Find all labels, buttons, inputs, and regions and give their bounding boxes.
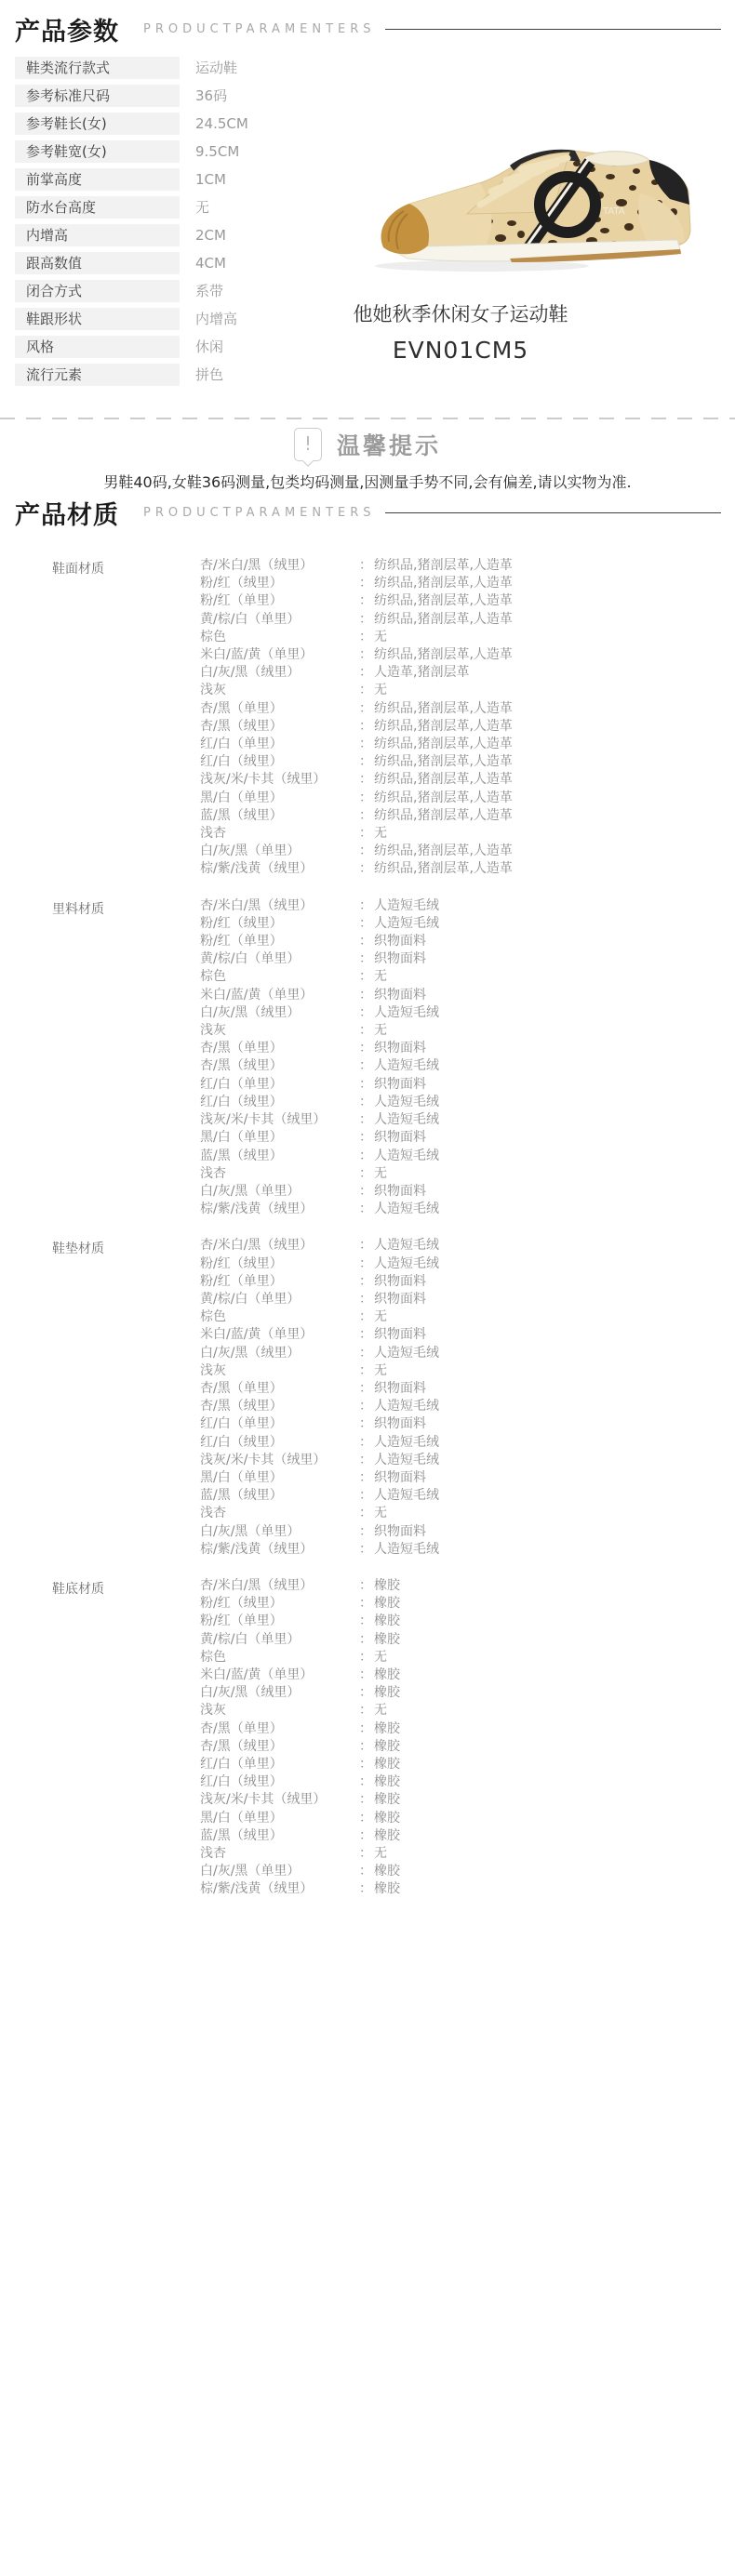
material-value: 织物面料 bbox=[374, 987, 426, 1004]
material-row: 红/白（单里） ： 织物面料 bbox=[200, 1076, 722, 1094]
param-value: 24.5CM bbox=[195, 113, 248, 135]
material-row: 棕/紫/浅黄（绒里） ： 人造短毛绒 bbox=[200, 1541, 722, 1559]
material-row: 白/灰/黑（绒里） ： 橡胶 bbox=[200, 1684, 722, 1702]
material-colon: ： bbox=[359, 950, 372, 968]
material-colon: ： bbox=[359, 1434, 372, 1452]
material-colon: ： bbox=[359, 1845, 372, 1863]
material-value: 织物面料 bbox=[374, 1523, 426, 1541]
material-row: 棕色 ： 无 bbox=[200, 1649, 722, 1666]
material-color-name: 浅杏 bbox=[200, 1165, 359, 1183]
material-value: 橡胶 bbox=[374, 1738, 400, 1756]
material-row: 棕色 ： 无 bbox=[200, 629, 722, 646]
material-row: 棕/紫/浅黄（绒里） ： 纺织品,猪剖层革,人造革 bbox=[200, 860, 722, 878]
material-row: 粉/红（单里） ： 纺织品,猪剖层革,人造革 bbox=[200, 592, 722, 610]
material-value: 纺织品,猪剖层革,人造革 bbox=[374, 753, 513, 771]
material-row: 黑/白（单里） ： 织物面料 bbox=[200, 1129, 722, 1147]
param-row: 内增高 2CM bbox=[15, 224, 359, 246]
material-row: 白/灰/黑（单里） ： 织物面料 bbox=[200, 1523, 722, 1541]
material-color-name: 黑/白（单里） bbox=[200, 1810, 359, 1827]
material-colon: ： bbox=[359, 1452, 372, 1469]
material-value: 纺织品,猪剖层革,人造革 bbox=[374, 700, 513, 718]
material-row: 白/灰/黑（绒里） ： 人造革,猪剖层革 bbox=[200, 664, 722, 682]
param-label: 闭合方式 bbox=[15, 280, 180, 302]
material-row: 米白/蓝/黄（单里） ： 织物面料 bbox=[200, 1326, 722, 1344]
material-color-name: 浅杏 bbox=[200, 825, 359, 843]
material-row: 黄/棕/白（单里） ： 织物面料 bbox=[200, 950, 722, 968]
material-colon: ： bbox=[359, 897, 372, 915]
material-color-name: 杏/黑（绒里） bbox=[200, 1057, 359, 1075]
brand-mark-text: TATA bbox=[602, 206, 625, 217]
material-row: 浅灰/米/卡其（绒里） ： 纺织品,猪剖层革,人造革 bbox=[200, 771, 722, 789]
tips-text: 男鞋40码,女鞋36码测量,包类均码测量,因测量手势不同,会有偏差,请以实物为准… bbox=[0, 471, 735, 492]
material-color-name: 蓝/黑（绒里） bbox=[200, 1827, 359, 1845]
material-color-name: 黑/白（单里） bbox=[200, 1469, 359, 1487]
material-colon: ： bbox=[359, 1326, 372, 1344]
material-colon: ： bbox=[359, 825, 372, 843]
material-value: 橡胶 bbox=[374, 1880, 400, 1898]
material-colon: ： bbox=[359, 987, 372, 1004]
material-colon: ： bbox=[359, 1631, 372, 1649]
material-value: 纺织品,猪剖层革,人造革 bbox=[374, 736, 513, 753]
material-value: 人造短毛绒 bbox=[374, 1255, 439, 1273]
material-color-name: 白/灰/黑（绒里） bbox=[200, 1684, 359, 1702]
material-group-label: 鞋底材质 bbox=[52, 1579, 104, 1598]
tips-header: ! 温馨提示 bbox=[0, 428, 735, 461]
material-value: 人造短毛绒 bbox=[374, 1434, 439, 1452]
material-colon: ： bbox=[359, 700, 372, 718]
param-value: 运动鞋 bbox=[195, 57, 237, 79]
material-colon: ： bbox=[359, 1057, 372, 1075]
material-color-name: 棕色 bbox=[200, 968, 359, 986]
material-color-name: 棕色 bbox=[200, 629, 359, 646]
material-color-name: 浅灰/米/卡其（绒里） bbox=[200, 1111, 359, 1129]
material-row: 黑/白（单里） ： 织物面料 bbox=[200, 1469, 722, 1487]
material-row: 粉/红（单里） ： 橡胶 bbox=[200, 1613, 722, 1630]
material-color-name: 浅杏 bbox=[200, 1505, 359, 1522]
material-colon: ： bbox=[359, 1577, 372, 1595]
param-row: 前掌高度 1CM bbox=[15, 168, 359, 191]
material-group-insole: 鞋垫材质 杏/米白/黑（绒里） ： 人造短毛绒 粉/红（绒里） ： 人造短毛绒 bbox=[52, 1237, 722, 1559]
material-colon: ： bbox=[359, 1487, 372, 1505]
param-value: 1CM bbox=[195, 168, 226, 191]
material-row: 黄/棕/白（单里） ： 织物面料 bbox=[200, 1291, 722, 1308]
material-color-name: 杏/米白/黑（绒里） bbox=[200, 1577, 359, 1595]
material-color-name: 蓝/黑（绒里） bbox=[200, 1148, 359, 1165]
material-value: 橡胶 bbox=[374, 1827, 400, 1845]
material-color-name: 米白/蓝/黄（单里） bbox=[200, 1326, 359, 1344]
material-value: 纺织品,猪剖层革,人造革 bbox=[374, 790, 513, 807]
material-row: 杏/黑（绒里） ： 橡胶 bbox=[200, 1738, 722, 1756]
material-color-name: 粉/红（单里） bbox=[200, 1273, 359, 1291]
material-row: 浅灰/米/卡其（绒里） ： 橡胶 bbox=[200, 1791, 722, 1809]
material-colon: ： bbox=[359, 592, 372, 610]
material-colon: ： bbox=[359, 807, 372, 825]
material-colon: ： bbox=[359, 1756, 372, 1773]
material-colon: ： bbox=[359, 664, 372, 682]
materials-list: 鞋面材质 杏/米白/黑（绒里） ： 纺织品,猪剖层革,人造革 粉/红（绒里） ：… bbox=[52, 557, 722, 1918]
product-image-sneaker: TATA bbox=[370, 73, 716, 277]
material-row: 粉/红（绒里） ： 人造短毛绒 bbox=[200, 1255, 722, 1273]
material-colon: ： bbox=[359, 1398, 372, 1415]
material-value: 橡胶 bbox=[374, 1791, 400, 1809]
material-colon: ： bbox=[359, 1291, 372, 1308]
material-color-name: 红/白（绒里） bbox=[200, 753, 359, 771]
exclamation-glyph: ! bbox=[304, 432, 312, 455]
material-row: 浅灰 ： 无 bbox=[200, 682, 722, 699]
material-row: 米白/蓝/黄（单里） ： 织物面料 bbox=[200, 987, 722, 1004]
material-colon: ： bbox=[359, 1523, 372, 1541]
material-row: 黑/白（单里） ： 橡胶 bbox=[200, 1810, 722, 1827]
material-row: 棕/紫/浅黄（绒里） ： 人造短毛绒 bbox=[200, 1201, 722, 1218]
material-value: 无 bbox=[374, 682, 387, 699]
material-color-name: 白/灰/黑（单里） bbox=[200, 843, 359, 860]
material-value: 人造短毛绒 bbox=[374, 1111, 439, 1129]
material-value: 纺织品,猪剖层革,人造革 bbox=[374, 646, 513, 664]
param-label: 参考鞋宽(女) bbox=[15, 140, 180, 163]
material-row: 白/灰/黑（单里） ： 纺织品,猪剖层革,人造革 bbox=[200, 843, 722, 860]
material-color-name: 杏/黑（单里） bbox=[200, 700, 359, 718]
param-value: 9.5CM bbox=[195, 140, 239, 163]
material-colon: ： bbox=[359, 1738, 372, 1756]
material-colon: ： bbox=[359, 1201, 372, 1218]
material-rows: 杏/米白/黑（绒里） ： 人造短毛绒 粉/红（绒里） ： 人造短毛绒 粉/红（单… bbox=[200, 897, 722, 1219]
tips-title: 温馨提示 bbox=[337, 428, 441, 461]
param-label: 风格 bbox=[15, 336, 180, 358]
material-color-name: 浅灰/米/卡其（绒里） bbox=[200, 1452, 359, 1469]
material-value: 人造短毛绒 bbox=[374, 1487, 439, 1505]
material-value: 织物面料 bbox=[374, 1129, 426, 1147]
material-color-name: 粉/红（绒里） bbox=[200, 1255, 359, 1273]
material-color-name: 粉/红（单里） bbox=[200, 933, 359, 950]
material-color-name: 浅灰 bbox=[200, 682, 359, 699]
material-row: 杏/黑（单里） ： 织物面料 bbox=[200, 1040, 722, 1057]
material-value: 织物面料 bbox=[374, 950, 426, 968]
product-title: 他她秋季休闲女子运动鞋 bbox=[307, 299, 614, 327]
material-value: 纺织品,猪剖层革,人造革 bbox=[374, 718, 513, 736]
material-color-name: 杏/黑（绒里） bbox=[200, 1738, 359, 1756]
material-value: 无 bbox=[374, 1165, 387, 1183]
param-value: 拼色 bbox=[195, 364, 223, 386]
material-row: 蓝/黑（绒里） ： 人造短毛绒 bbox=[200, 1487, 722, 1505]
material-color-name: 红/白（绒里） bbox=[200, 1773, 359, 1791]
material-colon: ： bbox=[359, 1469, 372, 1487]
material-row: 杏/黑（绒里） ： 人造短毛绒 bbox=[200, 1057, 722, 1075]
material-group-label: 里料材质 bbox=[52, 899, 104, 918]
material-color-name: 杏/米白/黑（绒里） bbox=[200, 897, 359, 915]
material-row: 杏/米白/黑（绒里） ： 人造短毛绒 bbox=[200, 897, 722, 915]
material-colon: ： bbox=[359, 1505, 372, 1522]
material-row: 白/灰/黑（绒里） ： 人造短毛绒 bbox=[200, 1345, 722, 1362]
material-value: 织物面料 bbox=[374, 1380, 426, 1398]
material-value: 人造短毛绒 bbox=[374, 1057, 439, 1075]
material-colon: ： bbox=[359, 1791, 372, 1809]
material-row: 黄/棕/白（单里） ： 橡胶 bbox=[200, 1631, 722, 1649]
material-color-name: 杏/黑（绒里） bbox=[200, 1398, 359, 1415]
material-color-name: 红/白（单里） bbox=[200, 1756, 359, 1773]
param-row: 流行元素 拼色 bbox=[15, 364, 359, 386]
material-color-name: 浅灰/米/卡其（绒里） bbox=[200, 771, 359, 789]
material-row: 蓝/黑（绒里） ： 橡胶 bbox=[200, 1827, 722, 1845]
material-group-label: 鞋面材质 bbox=[52, 559, 104, 578]
material-color-name: 白/灰/黑（单里） bbox=[200, 1523, 359, 1541]
material-row: 白/灰/黑（单里） ： 橡胶 bbox=[200, 1863, 722, 1880]
material-color-name: 浅灰 bbox=[200, 1702, 359, 1720]
material-value: 人造短毛绒 bbox=[374, 1237, 439, 1255]
param-value: 无 bbox=[195, 196, 209, 219]
material-colon: ： bbox=[359, 843, 372, 860]
material-row: 杏/黑（单里） ： 织物面料 bbox=[200, 1380, 722, 1398]
material-row: 白/灰/黑（绒里） ： 人造短毛绒 bbox=[200, 1004, 722, 1022]
material-colon: ： bbox=[359, 575, 372, 592]
material-row: 浅灰 ： 无 bbox=[200, 1362, 722, 1380]
material-colon: ： bbox=[359, 1148, 372, 1165]
material-colon: ： bbox=[359, 718, 372, 736]
material-color-name: 粉/红（绒里） bbox=[200, 915, 359, 933]
header-rule bbox=[385, 29, 721, 30]
param-label: 鞋跟形状 bbox=[15, 308, 180, 330]
param-row: 参考鞋宽(女) 9.5CM bbox=[15, 140, 359, 163]
material-value: 纺织品,猪剖层革,人造革 bbox=[374, 592, 513, 610]
material-value: 橡胶 bbox=[374, 1666, 400, 1684]
material-color-name: 米白/蓝/黄（单里） bbox=[200, 1666, 359, 1684]
param-label: 内增高 bbox=[15, 224, 180, 246]
material-colon: ： bbox=[359, 1308, 372, 1326]
materials-section-subtitle: PRODUCTPARAMENTERS bbox=[143, 506, 376, 520]
material-row: 棕/紫/浅黄（绒里） ： 橡胶 bbox=[200, 1880, 722, 1898]
material-colon: ： bbox=[359, 1613, 372, 1630]
material-colon: ： bbox=[359, 1880, 372, 1898]
material-color-name: 黄/棕/白（单里） bbox=[200, 611, 359, 629]
material-color-name: 红/白（单里） bbox=[200, 736, 359, 753]
param-row: 鞋类流行款式 运动鞋 bbox=[15, 57, 359, 79]
material-value: 橡胶 bbox=[374, 1631, 400, 1649]
material-value: 人造短毛绒 bbox=[374, 1094, 439, 1111]
material-row: 红/白（单里） ： 纺织品,猪剖层革,人造革 bbox=[200, 736, 722, 753]
params-section-header: 产品参数 PRODUCTPARAMENTERS bbox=[15, 11, 721, 47]
material-row: 杏/黑（绒里） ： 人造短毛绒 bbox=[200, 1398, 722, 1415]
product-model: EVN01CM5 bbox=[307, 337, 614, 364]
material-row: 红/白（绒里） ： 人造短毛绒 bbox=[200, 1094, 722, 1111]
material-value: 纺织品,猪剖层革,人造革 bbox=[374, 611, 513, 629]
material-value: 人造短毛绒 bbox=[374, 1398, 439, 1415]
material-value: 橡胶 bbox=[374, 1595, 400, 1613]
material-row: 红/白（绒里） ： 纺织品,猪剖层革,人造革 bbox=[200, 753, 722, 771]
material-rows: 杏/米白/黑（绒里） ： 纺织品,猪剖层革,人造革 粉/红（绒里） ： 纺织品,… bbox=[200, 557, 722, 879]
material-row: 粉/红（单里） ： 织物面料 bbox=[200, 1273, 722, 1291]
material-color-name: 蓝/黑（绒里） bbox=[200, 807, 359, 825]
material-color-name: 浅灰 bbox=[200, 1022, 359, 1040]
material-row: 浅灰 ： 无 bbox=[200, 1702, 722, 1720]
param-row: 参考鞋长(女) 24.5CM bbox=[15, 113, 359, 135]
material-value: 无 bbox=[374, 1022, 387, 1040]
material-colon: ： bbox=[359, 611, 372, 629]
material-colon: ： bbox=[359, 1076, 372, 1094]
material-color-name: 杏/黑（单里） bbox=[200, 1380, 359, 1398]
material-colon: ： bbox=[359, 933, 372, 950]
param-value: 2CM bbox=[195, 224, 226, 246]
param-label: 前掌高度 bbox=[15, 168, 180, 191]
param-label: 防水台高度 bbox=[15, 196, 180, 219]
material-row: 浅灰 ： 无 bbox=[200, 1022, 722, 1040]
material-colon: ： bbox=[359, 1022, 372, 1040]
param-row: 跟高数值 4CM bbox=[15, 252, 359, 274]
material-value: 人造短毛绒 bbox=[374, 1541, 439, 1559]
material-colon: ： bbox=[359, 1684, 372, 1702]
material-colon: ： bbox=[359, 1541, 372, 1559]
material-color-name: 浅杏 bbox=[200, 1845, 359, 1863]
material-row: 棕色 ： 无 bbox=[200, 1308, 722, 1326]
material-color-name: 棕/紫/浅黄（绒里） bbox=[200, 1880, 359, 1898]
material-color-name: 粉/红（绒里） bbox=[200, 1595, 359, 1613]
material-row: 棕色 ： 无 bbox=[200, 968, 722, 986]
material-colon: ： bbox=[359, 1004, 372, 1022]
material-value: 人造短毛绒 bbox=[374, 1004, 439, 1022]
material-color-name: 黑/白（单里） bbox=[200, 790, 359, 807]
material-color-name: 棕色 bbox=[200, 1649, 359, 1666]
material-color-name: 棕色 bbox=[200, 1308, 359, 1326]
material-group-upper: 鞋面材质 杏/米白/黑（绒里） ： 纺织品,猪剖层革,人造革 粉/红（绒里） ：… bbox=[52, 557, 722, 879]
material-value: 橡胶 bbox=[374, 1613, 400, 1630]
param-row: 参考标准尺码 36码 bbox=[15, 85, 359, 107]
material-value: 无 bbox=[374, 1362, 387, 1380]
material-value: 织物面料 bbox=[374, 1291, 426, 1308]
material-group-lining: 里料材质 杏/米白/黑（绒里） ： 人造短毛绒 粉/红（绒里） ： 人造短毛绒 bbox=[52, 897, 722, 1219]
material-colon: ： bbox=[359, 736, 372, 753]
material-color-name: 白/灰/黑（单里） bbox=[200, 1183, 359, 1201]
material-row: 浅杏 ： 无 bbox=[200, 1165, 722, 1183]
material-colon: ： bbox=[359, 968, 372, 986]
material-value: 纺织品,猪剖层革,人造革 bbox=[374, 843, 513, 860]
material-row: 蓝/黑（绒里） ： 人造短毛绒 bbox=[200, 1148, 722, 1165]
material-value: 无 bbox=[374, 1845, 387, 1863]
material-colon: ： bbox=[359, 1094, 372, 1111]
material-value: 织物面料 bbox=[374, 1183, 426, 1201]
material-colon: ： bbox=[359, 1183, 372, 1201]
material-row: 杏/米白/黑（绒里） ： 人造短毛绒 bbox=[200, 1237, 722, 1255]
material-color-name: 红/白（绒里） bbox=[200, 1094, 359, 1111]
material-value: 无 bbox=[374, 825, 387, 843]
material-value: 橡胶 bbox=[374, 1577, 400, 1595]
material-colon: ： bbox=[359, 1666, 372, 1684]
material-colon: ： bbox=[359, 1255, 372, 1273]
material-color-name: 浅灰 bbox=[200, 1362, 359, 1380]
material-color-name: 红/白（单里） bbox=[200, 1415, 359, 1433]
material-value: 纺织品,猪剖层革,人造革 bbox=[374, 860, 513, 878]
material-colon: ： bbox=[359, 1345, 372, 1362]
material-row: 米白/蓝/黄（单里） ： 纺织品,猪剖层革,人造革 bbox=[200, 646, 722, 664]
material-value: 纺织品,猪剖层革,人造革 bbox=[374, 807, 513, 825]
param-label: 流行元素 bbox=[15, 364, 180, 386]
material-value: 织物面料 bbox=[374, 1326, 426, 1344]
exclamation-bubble-icon: ! bbox=[294, 428, 322, 461]
material-value: 人造短毛绒 bbox=[374, 1201, 439, 1218]
material-colon: ： bbox=[359, 1040, 372, 1057]
param-row: 防水台高度 无 bbox=[15, 196, 359, 219]
dashed-divider bbox=[0, 418, 735, 419]
material-color-name: 浅灰/米/卡其（绒里） bbox=[200, 1791, 359, 1809]
material-color-name: 粉/红（绒里） bbox=[200, 575, 359, 592]
param-value: 4CM bbox=[195, 252, 226, 274]
material-row: 红/白（绒里） ： 橡胶 bbox=[200, 1773, 722, 1791]
material-color-name: 杏/米白/黑（绒里） bbox=[200, 1237, 359, 1255]
material-value: 人造短毛绒 bbox=[374, 897, 439, 915]
material-colon: ： bbox=[359, 682, 372, 699]
material-value: 纺织品,猪剖层革,人造革 bbox=[374, 575, 513, 592]
material-row: 米白/蓝/黄（单里） ： 橡胶 bbox=[200, 1666, 722, 1684]
material-color-name: 粉/红（单里） bbox=[200, 592, 359, 610]
material-row: 粉/红（绒里） ： 人造短毛绒 bbox=[200, 915, 722, 933]
material-row: 粉/红（绒里） ： 橡胶 bbox=[200, 1595, 722, 1613]
material-value: 人造短毛绒 bbox=[374, 1452, 439, 1469]
material-color-name: 粉/红（单里） bbox=[200, 1613, 359, 1630]
material-colon: ： bbox=[359, 646, 372, 664]
material-colon: ： bbox=[359, 790, 372, 807]
material-value: 橡胶 bbox=[374, 1773, 400, 1791]
material-colon: ： bbox=[359, 1362, 372, 1380]
material-color-name: 黄/棕/白（单里） bbox=[200, 1291, 359, 1308]
material-colon: ： bbox=[359, 1720, 372, 1738]
param-label: 跟高数值 bbox=[15, 252, 180, 274]
material-colon: ： bbox=[359, 1649, 372, 1666]
param-value: 休闲 bbox=[195, 336, 223, 358]
material-row: 白/灰/黑（单里） ： 织物面料 bbox=[200, 1183, 722, 1201]
material-row: 黄/棕/白（单里） ： 纺织品,猪剖层革,人造革 bbox=[200, 611, 722, 629]
param-label: 鞋类流行款式 bbox=[15, 57, 180, 79]
material-rows: 杏/米白/黑（绒里） ： 人造短毛绒 粉/红（绒里） ： 人造短毛绒 粉/红（单… bbox=[200, 1237, 722, 1559]
material-colon: ： bbox=[359, 1702, 372, 1720]
material-row: 浅杏 ： 无 bbox=[200, 1845, 722, 1863]
material-row: 浅灰/米/卡其（绒里） ： 人造短毛绒 bbox=[200, 1452, 722, 1469]
material-value: 人造短毛绒 bbox=[374, 1345, 439, 1362]
sneaker-illustration: TATA bbox=[370, 73, 716, 277]
material-colon: ： bbox=[359, 1273, 372, 1291]
material-color-name: 棕/紫/浅黄（绒里） bbox=[200, 860, 359, 878]
material-color-name: 杏/黑（单里） bbox=[200, 1720, 359, 1738]
params-section-subtitle: PRODUCTPARAMENTERS bbox=[143, 22, 376, 36]
material-color-name: 黄/棕/白（单里） bbox=[200, 950, 359, 968]
material-colon: ： bbox=[359, 753, 372, 771]
param-value: 36码 bbox=[195, 85, 227, 107]
material-row: 红/白（单里） ： 织物面料 bbox=[200, 1415, 722, 1433]
material-color-name: 黑/白（单里） bbox=[200, 1129, 359, 1147]
param-value: 内增高 bbox=[195, 308, 237, 330]
material-colon: ： bbox=[359, 1111, 372, 1129]
material-color-name: 杏/黑（单里） bbox=[200, 1040, 359, 1057]
material-row: 浅灰/米/卡其（绒里） ： 人造短毛绒 bbox=[200, 1111, 722, 1129]
params-section-title: 产品参数 bbox=[15, 11, 119, 47]
material-group-outsole: 鞋底材质 杏/米白/黑（绒里） ： 橡胶 粉/红（绒里） ： 橡胶 bbox=[52, 1577, 722, 1899]
material-colon: ： bbox=[359, 1863, 372, 1880]
material-row: 杏/黑（单里） ： 橡胶 bbox=[200, 1720, 722, 1738]
material-value: 织物面料 bbox=[374, 1469, 426, 1487]
material-value: 橡胶 bbox=[374, 1720, 400, 1738]
material-value: 织物面料 bbox=[374, 1076, 426, 1094]
material-colon: ： bbox=[359, 1810, 372, 1827]
materials-section-title: 产品材质 bbox=[15, 495, 119, 531]
materials-section-header: 产品材质 PRODUCTPARAMENTERS bbox=[15, 495, 721, 531]
material-colon: ： bbox=[359, 629, 372, 646]
material-value: 织物面料 bbox=[374, 1415, 426, 1433]
material-colon: ： bbox=[359, 1773, 372, 1791]
material-color-name: 蓝/黑（绒里） bbox=[200, 1487, 359, 1505]
material-value: 人造革,猪剖层革 bbox=[374, 664, 469, 682]
material-value: 人造短毛绒 bbox=[374, 1148, 439, 1165]
material-value: 橡胶 bbox=[374, 1810, 400, 1827]
material-value: 人造短毛绒 bbox=[374, 915, 439, 933]
material-row: 红/白（单里） ： 橡胶 bbox=[200, 1756, 722, 1773]
material-value: 无 bbox=[374, 1308, 387, 1326]
material-colon: ： bbox=[359, 860, 372, 878]
